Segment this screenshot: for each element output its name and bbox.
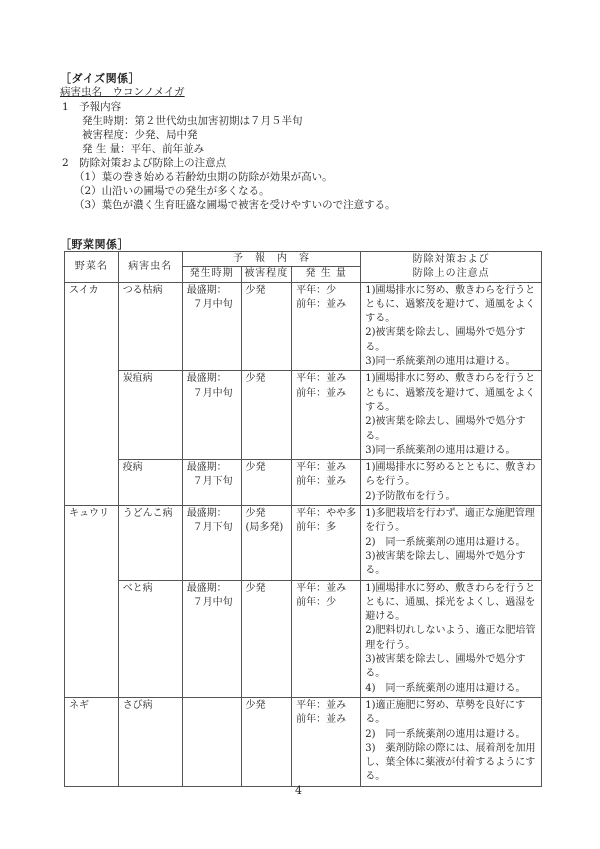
period-line: 最盛期：: [187, 284, 237, 298]
cell-amount: 平年：やや多前年：多: [292, 506, 361, 580]
damage-line: 少発: [246, 582, 288, 596]
damage-line: 少発: [246, 461, 288, 475]
amount-line: 前年：並み: [296, 713, 356, 727]
section-title-daizu: ［ダイズ関係］: [60, 70, 140, 86]
crop-name: ネギ: [65, 697, 119, 786]
amount-line: 前年：並み: [296, 298, 356, 312]
pest-name: べと病: [118, 580, 182, 697]
header-measures-line2: 防除上の注意点: [363, 267, 539, 281]
measure-line: 2)被害葉を除去し、圃場外で処分する。: [365, 326, 537, 355]
amount-line: 前年：並み: [296, 475, 356, 489]
damage-line: 少発: [246, 372, 288, 386]
header-pest: 病害虫名: [118, 252, 182, 283]
cell-amount: 平年：並み前年：並み: [292, 371, 361, 460]
measure-line: 4) 同一系統薬剤の連用は避ける。: [365, 682, 537, 696]
cell-amount: 平年：並み前年：少: [292, 580, 361, 697]
measure-line: 3)同一系統薬剤の連用は避ける。: [365, 355, 537, 369]
period-line: 最盛期：: [187, 372, 237, 386]
header-period: 発生時期: [182, 267, 241, 282]
period-line: ７月中旬: [187, 298, 237, 312]
amount-line: 前年：多: [296, 521, 356, 535]
forecast-amount: 発 生 量：平年、前年並み: [82, 142, 204, 156]
amount-line: 平年：並み: [296, 372, 356, 386]
cell-damage: 少発: [241, 697, 292, 786]
period-line: ７月中旬: [187, 596, 237, 610]
measure-line: 1)圃場排水に努め、敷きわらを行うとともに、過繁茂を避けて、通風をよくする。: [365, 284, 537, 327]
header-damage: 被害程度: [241, 267, 292, 282]
amount-line: 前年：並み: [296, 387, 356, 401]
cell-measures: 1)適正施肥に努め、草勢を良好にする。2) 同一系統薬剤の連用は避ける。3) 薬…: [361, 697, 542, 786]
measure-line: 1)圃場排水に努め、敷きわらを行うとともに、過繁茂を避けて、通風をよくする。: [365, 372, 537, 415]
measure-line: 2) 同一系統薬剤の連用は避ける。: [365, 536, 537, 550]
crop-name: スイカ: [65, 282, 119, 505]
forecast-damage: 被害程度：少発、局中発: [82, 128, 198, 142]
measure-line: 1)適正施肥に努め、草勢を良好にする。: [365, 699, 537, 728]
damage-line: (局多発): [246, 521, 288, 535]
measure-line: 2)肥料切れしないよう、適正な肥培管理を行う。: [365, 624, 537, 653]
header-measures-line1: 防除対策および: [363, 253, 539, 267]
forecast-period: 発生時期：第２世代幼虫加害初期は７月５半旬: [82, 114, 303, 128]
cell-amount: 平年：少前年：並み: [292, 282, 361, 371]
item2-title: 2 防除対策および防除上の注意点: [62, 156, 226, 170]
amount-line: 平年：並み: [296, 699, 356, 713]
header-measures: 防除対策および 防除上の注意点: [361, 252, 542, 283]
pest-name-line: 病害虫名 ウコンノメイガ: [60, 85, 185, 99]
header-amount: 発 生 量: [292, 267, 361, 282]
period-line: ７月下旬: [187, 521, 237, 535]
cell-damage: 少発: [241, 282, 292, 371]
cell-measures: 1)圃場排水に努めるとともに、敷きわらを行う。2)予防散布を行う。: [361, 460, 542, 506]
crop-name: キュウリ: [65, 506, 119, 698]
measure-3: （3）葉色が濃く生育旺盛な圃場で被害を受けやすいので注意する。: [74, 198, 396, 212]
cell-amount: 平年：並み前年：並み: [292, 460, 361, 506]
document-page: ［ダイズ関係］ 病害虫名 ウコンノメイガ 1 予報内容 発生時期：第２世代幼虫加…: [0, 0, 600, 849]
cell-period: [182, 697, 241, 786]
measure-line: 3)被害葉を除去し、圃場外で処分する。: [365, 653, 537, 682]
pest-name: つる枯病: [118, 282, 182, 371]
item1-title: 1 予報内容: [62, 100, 121, 114]
cell-damage: 少発: [241, 460, 292, 506]
period-line: ７月中旬: [187, 387, 237, 401]
measure-line: 3)同一系統薬剤の連用は避ける。: [365, 444, 537, 458]
amount-line: 前年：少: [296, 596, 356, 610]
pest-name: 疫病: [118, 460, 182, 506]
cell-measures: 1)圃場排水に努め、敷きわらを行うとともに、過繁茂を避けて、通風をよくする。2)…: [361, 371, 542, 460]
measure-line: 1)圃場排水に努めるとともに、敷きわらを行う。: [365, 461, 537, 490]
page-number: 4: [295, 784, 302, 797]
cell-period: 最盛期：７月中旬: [182, 371, 241, 460]
header-forecast-group: 予 報 内 容: [182, 252, 361, 267]
table-row: 炭疽病最盛期：７月中旬少発平年：並み前年：並み1)圃場排水に努め、敷きわらを行う…: [65, 371, 542, 460]
table-row: べと病最盛期：７月中旬少発平年：並み前年：少1)圃場排水に努め、敷きわらを行うと…: [65, 580, 542, 697]
period-line: ７月下旬: [187, 475, 237, 489]
cell-measures: 1)圃場排水に努め、敷きわらを行うとともに、過繁茂を避けて、通風をよくする。2)…: [361, 282, 542, 371]
table-row: キュウリうどんこ病最盛期：７月下旬少発(局多発)平年：やや多前年：多1)多肥栽培…: [65, 506, 542, 580]
cell-measures: 1)多肥栽培を行わず、適正な施肥管理を行う。2) 同一系統薬剤の連用は避ける。3…: [361, 506, 542, 580]
table-row: スイカつる枯病最盛期：７月中旬少発平年：少前年：並み1)圃場排水に努め、敷きわら…: [65, 282, 542, 371]
pest-name: うどんこ病: [118, 506, 182, 580]
measure-line: 2)被害葉を除去し、圃場外で処分する。: [365, 415, 537, 444]
amount-line: 平年：並み: [296, 461, 356, 475]
cell-damage: 少発(局多発): [241, 506, 292, 580]
amount-line: 平年：並み: [296, 582, 356, 596]
cell-period: 最盛期：７月中旬: [182, 580, 241, 697]
damage-line: 少発: [246, 284, 288, 298]
period-line: 最盛期：: [187, 582, 237, 596]
measure-line: 1)圃場排水に努め、敷きわらを行うとともに、通風、採光をよくし、過湿を避ける。: [365, 582, 537, 625]
table-row: 疫病最盛期：７月下旬少発平年：並み前年：並み1)圃場排水に努めるとともに、敷きわ…: [65, 460, 542, 506]
measure-line: 1)多肥栽培を行わず、適正な施肥管理を行う。: [365, 507, 537, 536]
header-crop: 野菜名: [65, 252, 119, 283]
cell-measures: 1)圃場排水に努め、敷きわらを行うとともに、通風、採光をよくし、過湿を避ける。2…: [361, 580, 542, 697]
measure-line: 3) 薬剤防除の際には、展着剤を加用し、葉全体に薬液が付着するようにする。: [365, 742, 537, 785]
pest-name: 炭疽病: [118, 371, 182, 460]
table-row: ネギさび病少発平年：並み前年：並み1)適正施肥に努め、草勢を良好にする。2) 同…: [65, 697, 542, 786]
damage-line: 少発: [246, 699, 288, 713]
damage-line: 少発: [246, 507, 288, 521]
amount-line: 平年：やや多: [296, 507, 356, 521]
vegetable-pest-table: 野菜名 病害虫名 予 報 内 容 防除対策および 防除上の注意点 発生時期 被害…: [64, 251, 542, 787]
cell-period: 最盛期：７月中旬: [182, 282, 241, 371]
measure-1: （1）葉の巻き始める若齢幼虫期の防除が効果が高い。: [74, 170, 333, 184]
pest-name: さび病: [118, 697, 182, 786]
cell-period: 最盛期：７月下旬: [182, 506, 241, 580]
measure-2: （2）山沿いの圃場での発生が多くなる。: [74, 184, 270, 198]
section-title-yasai: ［野菜関係］: [60, 236, 129, 252]
cell-damage: 少発: [241, 371, 292, 460]
measure-line: 2) 同一系統薬剤の連用は避ける。: [365, 728, 537, 742]
measure-line: 3)被害葉を除去し、圃場外で処分する。: [365, 550, 537, 579]
period-line: 最盛期：: [187, 461, 237, 475]
cell-amount: 平年：並み前年：並み: [292, 697, 361, 786]
cell-period: 最盛期：７月下旬: [182, 460, 241, 506]
measure-line: 2)予防散布を行う。: [365, 490, 537, 504]
period-line: 最盛期：: [187, 507, 237, 521]
amount-line: 平年：少: [296, 284, 356, 298]
cell-damage: 少発: [241, 580, 292, 697]
